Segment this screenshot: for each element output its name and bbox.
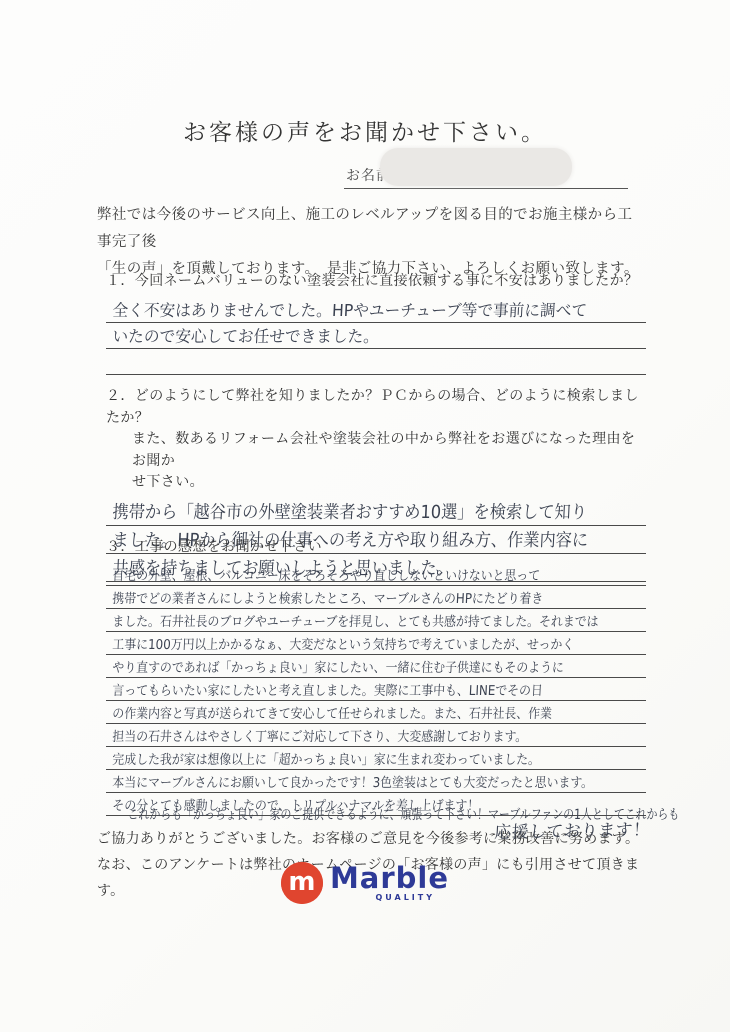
- question-1-text: １．今回ネームバリューのない塗装会社に直接依頼する事に不安はありましたか？: [106, 271, 646, 293]
- handwritten-answer: 工事に100万円以上かかるなぁ、大変だなという気持ちで考えていましたが、せっかく: [112, 633, 575, 653]
- handwritten-answer: 携帯から「越谷市の外壁塗装業者おすすめ10選」を検索して知り: [112, 498, 588, 524]
- question-3-text: ３．工事の感想をお聞かせ下さい: [106, 537, 646, 559]
- intro-line-1: 弊社では今後のサービス向上、施工のレベルアップを図る目的でお施主様から工事完了後: [97, 202, 639, 256]
- handwritten-answer: 携帯でどの業者さんにしようと検索したところ、マーブルさんのHPにたどり着き: [112, 587, 544, 607]
- handwritten-answer: 完成した我が家は想像以上に「超かっちょ良い」家に生まれ変わっていました。: [112, 748, 540, 768]
- answer-line: の作業内容と写真が送られてきて安心して任せられました。また、石井社長、作業: [106, 701, 646, 724]
- question-2-text-line1: ２．どのようにして弊社を知りましたか？ＰＣからの場合、どのように検索しましたか？: [106, 386, 646, 429]
- handwritten-answer: 本当にマーブルさんにお願いして良かったです！3色塗装はとても大変だったと思います…: [112, 771, 594, 791]
- handwritten-footer-note: 応援しております！: [494, 817, 651, 846]
- logo-brand-text: Marble: [330, 864, 449, 892]
- answer-line: 担当の石井さんはやさしく丁寧にご対応して下さり、大変感謝しております。: [106, 724, 646, 747]
- marble-logo: m Marble QUALITY: [0, 862, 730, 904]
- answer-line: 完成した我が家は想像以上に「超かっちょ良い」家に生まれ変わっていました。: [106, 747, 646, 770]
- answer-line: 言ってもらいたい家にしたいと考え直しました。実際に工事中も、LINEでその日: [106, 678, 646, 701]
- handwritten-answer: いたので安心してお任せできました。: [112, 323, 380, 347]
- redacted-name-blob: [380, 148, 572, 186]
- name-field-row: お名前: [344, 158, 628, 189]
- question-1-answer-area: 全く不安はありませんでした。HPやユーチューブ等で事前に調べて いたので安心して…: [106, 297, 646, 375]
- handwritten-answer: やり直すのであれば「かっちょ良い」家にしたい、一緒に住む子供達にもそのように: [112, 656, 564, 676]
- scanned-questionnaire-page: お客様の声をお聞かせ下さい。 お名前 弊社では今後のサービス向上、施工のレベルア…: [0, 0, 730, 1032]
- answer-line: 工事に100万円以上かかるなぁ、大変だなという気持ちで考えていましたが、せっかく: [106, 632, 646, 655]
- question-3: ３．工事の感想をお聞かせ下さい 自宅の外壁、屋根、バルコニー床をそろそろやり直し…: [106, 537, 646, 816]
- answer-line: やり直すのであれば「かっちょ良い」家にしたい、一緒に住む子供達にもそのように: [106, 655, 646, 678]
- handwritten-answer: ました。石井社長のブログやユーチューブを拝見し、とても共感が持てました。それまで…: [112, 610, 599, 630]
- handwritten-answer: の作業内容と写真が送られてきて安心して任せられました。また、石井社長、作業: [112, 702, 552, 722]
- marble-logo-circle-icon: m: [281, 862, 323, 904]
- answer-line: 本当にマーブルさんにお願いして良かったです！3色塗装はとても大変だったと思います…: [106, 770, 646, 793]
- answer-line-empty: [106, 349, 646, 375]
- question-1: １．今回ネームバリューのない塗装会社に直接依頼する事に不安はありましたか？ 全く…: [106, 271, 646, 375]
- answer-line: ました。石井社長のブログやユーチューブを拝見し、とても共感が持てました。それまで…: [106, 609, 646, 632]
- handwritten-answer: 担当の石井さんはやさしく丁寧にご対応して下さり、大変感謝しております。: [112, 725, 528, 745]
- answer-line: 携帯から「越谷市の外壁塗装業者おすすめ10選」を検索して知り: [106, 498, 646, 526]
- logo-m-letter: m: [288, 869, 315, 895]
- answer-line: 携帯でどの業者さんにしようと検索したところ、マーブルさんのHPにたどり着き: [106, 586, 646, 609]
- page-title: お客様の声をお聞かせ下さい。: [0, 114, 730, 147]
- answer-line: いたので安心してお任せできました。: [106, 323, 646, 349]
- handwritten-answer: 全く不安はありませんでした。HPやユーチューブ等で事前に調べて: [112, 297, 588, 321]
- question-3-answer-area: 自宅の外壁、屋根、バルコニー床をそろそろやり直ししないといけないと思って 携帯で…: [106, 563, 646, 816]
- question-2-text-line3: せ下さい。: [106, 472, 646, 494]
- question-2-text-line2: また、数あるリフォーム会社や塗装会社の中から弊社をお選びになった理由をお聞か: [106, 429, 646, 472]
- answer-line: 全く不安はありませんでした。HPやユーチューブ等で事前に調べて: [106, 297, 646, 323]
- logo-wordmark: Marble QUALITY: [330, 864, 449, 902]
- handwritten-answer: 言ってもらいたい家にしたいと考え直しました。実際に工事中も、LINEでその日: [112, 679, 543, 699]
- handwritten-answer: 自宅の外壁、屋根、バルコニー床をそろそろやり直ししないといけないと思って: [112, 564, 541, 584]
- footer-line-1: ご協力ありがとうございました。お客様のご意見を今後参考に業務改善に努めます。 応…: [97, 826, 657, 852]
- answer-line: 自宅の外壁、屋根、バルコニー床をそろそろやり直ししないといけないと思って: [106, 563, 646, 586]
- logo-tagline-text: QUALITY: [375, 893, 435, 902]
